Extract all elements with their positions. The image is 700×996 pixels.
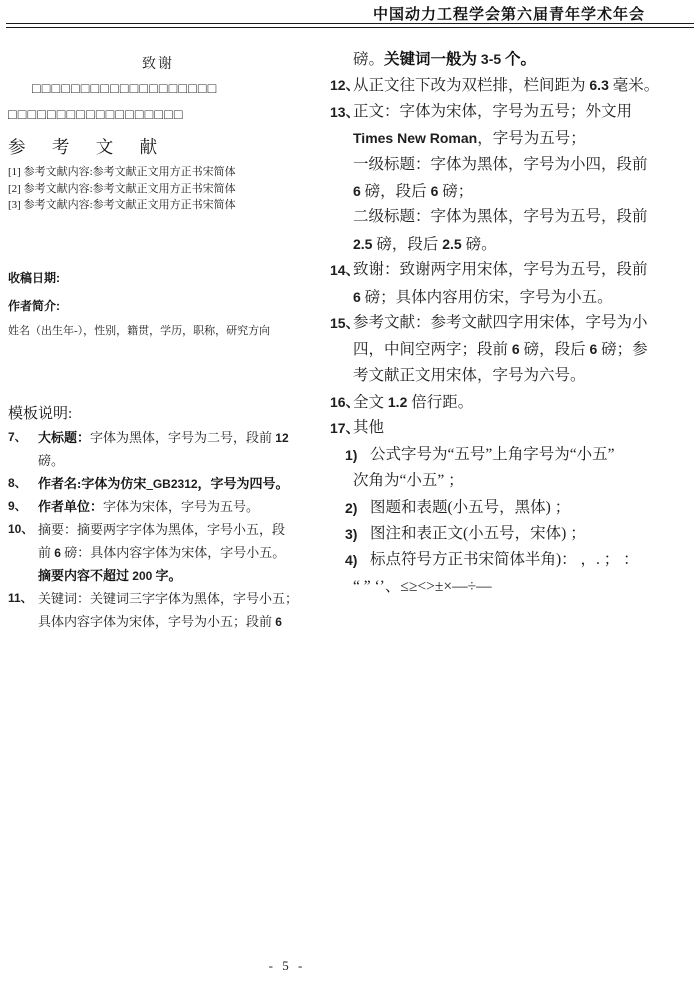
text-segment: 磅：具体内容字体为宋体，字号小五。 <box>61 545 285 560</box>
text-line: 12、从正文往下改为双栏排，栏间距为 6.3 毫米。 <box>330 72 694 98</box>
text-line: 6 磅，段后 6 磅； <box>330 178 694 204</box>
text-line: 1)公式字号为“五号”上角字号为“小五” <box>330 442 694 468</box>
reference-item: [1] 参考文献内容:参考文献正文用方正书宋简体 <box>8 164 322 181</box>
text-segment: 考文献正文用宋体，字号为六号。 <box>353 367 586 384</box>
text-segment: 3-5 <box>481 51 501 67</box>
text-segment: 2.5 <box>442 236 461 252</box>
text-line: 16、全文 1.2 倍行距。 <box>330 389 694 415</box>
text-segment: 次角为“小五” ； <box>353 472 464 489</box>
right-column: 磅。关键词一般为 3-5 个。12、从正文往下改为双栏排，栏间距为 6.3 毫米… <box>330 50 694 650</box>
text-segment: 6 <box>353 289 361 305</box>
reference-item: [2] 参考文献内容:参考文献正文用方正书宋简体 <box>8 181 322 198</box>
text-line: 摘要内容不超过 200 字。 <box>8 564 322 587</box>
text-line: 9、作者单位：字体为宋体，字号为五号。 <box>8 495 322 518</box>
template-notes-list-right: 磅。关键词一般为 3-5 个。12、从正文往下改为双栏排，栏间距为 6.3 毫米… <box>330 46 694 600</box>
text-line: 考文献正文用宋体，字号为六号。 <box>330 363 694 389</box>
text-segment: 正文：字体为宋体，字号为五号；外文用 <box>353 103 632 120</box>
text-segment: 1.2 <box>388 394 407 410</box>
text-segment: 图题和表题(小五号，黑体) ； <box>370 499 570 516</box>
text-segment: 二级标题：字体为黑体，字号为五号，段前 <box>353 208 648 225</box>
text-segment: 一级标题：字体为黑体，字号为小四，段前 <box>353 156 648 173</box>
text-segment: 作者单位： <box>38 499 103 514</box>
text-segment: 个。 <box>501 51 536 68</box>
text-segment: 具体内容字体为宋体，字号为小五；段前 <box>38 614 275 629</box>
reference-list: [1] 参考文献内容:参考文献正文用方正书宋简体 [2] 参考文献内容:参考文献… <box>8 164 322 214</box>
line-number: 12、 <box>330 72 360 98</box>
references-heading: 参 考 文 献 <box>8 134 163 159</box>
text-line: 四，中间空两字；段前 6 磅，段后 6 磅；参 <box>330 336 694 362</box>
line-number: 3) <box>345 521 357 547</box>
line-number: 4) <box>345 547 357 573</box>
text-segment: 作者名:字体为仿宋_ <box>38 476 153 491</box>
text-segment: 磅，段后 <box>361 183 431 200</box>
line-number: 13、 <box>330 99 360 125</box>
text-segment: 前 <box>38 545 54 560</box>
text-segment: GB2312 <box>153 477 198 491</box>
line-number: 8、 <box>8 472 27 495</box>
template-notes-list-left: 7、大标题：字体为黑体，字号为二号，段前 12磅。8、作者名:字体为仿宋_GB2… <box>8 426 322 633</box>
text-segment: 6 <box>512 341 520 357</box>
text-segment: 关键词一般为 <box>384 51 481 68</box>
header-title: 中国动力工程学会第六届青年学术年会 <box>0 3 645 23</box>
text-segment: 大标题： <box>38 430 90 445</box>
text-segment: 磅； <box>438 183 473 200</box>
author-bio-text: 姓名（出生年-），性别，籍贯，学历，职称，研究方向 <box>8 322 322 338</box>
line-number: 15、 <box>330 310 360 336</box>
received-date-label: 收稿日期: <box>8 269 60 286</box>
text-segment: 磅。 <box>353 51 384 68</box>
text-line: 磅。 <box>8 449 322 472</box>
text-segment: 12 <box>275 431 288 445</box>
document-page: 中国动力工程学会第六届青年学术年会 致谢 □□□□□□□□□□□□□□□□□□□… <box>0 0 700 996</box>
text-segment: 字。 <box>152 568 181 583</box>
acknowledgement-heading: 致谢 <box>8 53 308 73</box>
text-segment: 6 <box>275 615 282 629</box>
text-segment: 参考文献：参考文献四字用宋体，字号为小 <box>353 314 648 331</box>
text-segment: 2.5 <box>353 236 372 252</box>
text-line: 前 6 磅：具体内容字体为宋体，字号小五。 <box>8 541 322 564</box>
text-line: 3)图注和表正文(小五号，宋体) ； <box>330 521 694 547</box>
text-line: 一级标题：字体为黑体，字号为小四，段前 <box>330 152 694 178</box>
text-line: 8、作者名:字体为仿宋_GB2312，字号为四号。 <box>8 472 322 495</box>
line-number: 10、 <box>8 518 33 541</box>
page-number: - 5 - <box>243 958 331 974</box>
line-number: 2) <box>345 495 357 521</box>
line-number: 7、 <box>8 426 27 449</box>
text-line: 11、关键词：关键词三字字体为黑体，字号小五； <box>8 587 322 610</box>
text-segment: 200 <box>132 569 152 583</box>
text-line: 4)标点符号方正书宋简体半角)： ，. ； ： <box>330 547 694 573</box>
acknowledgement-placeholder: □□□□□□□□□□□□□□□□□□□ □□□□□□□□□□□□□□□□□□ <box>8 76 322 128</box>
placeholder-boxes-line2: □□□□□□□□□□□□□□□□□□ <box>8 102 322 128</box>
placeholder-boxes-line1: □□□□□□□□□□□□□□□□□□□ <box>8 76 322 102</box>
text-segment: 磅，段后 <box>520 341 590 358</box>
text-segment: 6 <box>353 183 361 199</box>
line-number: 16、 <box>330 389 360 415</box>
text-line: 13、正文：字体为宋体，字号为五号；外文用 <box>330 99 694 125</box>
text-segment: 从正文往下改为双栏排，栏间距为 <box>353 77 589 94</box>
text-segment: 磅。 <box>38 453 64 468</box>
text-segment: 摘要：摘要两字字体为黑体，字号小五，段 <box>38 522 285 537</box>
header-double-rule <box>6 23 694 28</box>
text-line: 次角为“小五” ； <box>330 468 694 494</box>
text-line: 6 磅；具体内容用仿宋，字号为小五。 <box>330 284 694 310</box>
author-bio-label: 作者简介: <box>8 297 60 314</box>
text-line: 7、大标题：字体为黑体，字号为二号，段前 12 <box>8 426 322 449</box>
text-segment: ，字号为四号。 <box>198 476 289 491</box>
text-segment: 倍行距。 <box>407 394 473 411</box>
text-line: 15、参考文献：参考文献四字用宋体，字号为小 <box>330 310 694 336</box>
text-segment: 标点符号方正书宋简体半角)： ，. ； ： <box>370 551 639 568</box>
text-segment: 磅；具体内容用仿宋，字号为小五。 <box>361 289 613 306</box>
line-number: 14、 <box>330 257 360 283</box>
template-notes-heading: 模板说明: <box>8 402 72 423</box>
line-number: 17、 <box>330 415 360 441</box>
text-line: 17、其他 <box>330 415 694 441</box>
line-number: 9、 <box>8 495 27 518</box>
text-segment: 关键词：关键词三字字体为黑体，字号小五； <box>38 591 298 606</box>
text-line: “ ” ‘’、≤≥<>±×—÷— <box>330 574 694 600</box>
text-line: 磅。关键词一般为 3-5 个。 <box>330 46 694 72</box>
text-segment: 图注和表正文(小五号，宋体) ； <box>370 525 586 542</box>
text-segment: 致谢：致谢两字用宋体，字号为五号，段前 <box>353 261 648 278</box>
text-segment: 6.3 <box>589 77 608 93</box>
text-segment: 摘要内容不超过 <box>38 568 132 583</box>
text-segment: 磅，段后 <box>372 236 442 253</box>
text-segment: 毫米。 <box>609 77 659 94</box>
line-number: 11、 <box>8 587 33 610</box>
text-line: 2)图题和表题(小五号，黑体) ； <box>330 495 694 521</box>
text-segment: 四，中间空两字；段前 <box>353 341 512 358</box>
text-line: 10、摘要：摘要两字字体为黑体，字号小五，段 <box>8 518 322 541</box>
text-segment: Times New Roman <box>353 130 477 146</box>
text-segment: “ ” ‘’、≤≥<>±×—÷— <box>353 578 492 595</box>
text-line: 14、致谢：致谢两字用宋体，字号为五号，段前 <box>330 257 694 283</box>
line-number: 1) <box>345 442 357 468</box>
text-segment: 字体为宋体，字号为五号。 <box>103 499 259 514</box>
text-segment: 6 <box>54 546 61 560</box>
text-segment: 磅；参 <box>597 341 647 358</box>
text-segment: 公式字号为“五号”上角字号为“小五” <box>370 446 615 463</box>
text-line: Times New Roman，字号为五号； <box>330 125 694 151</box>
text-line: 二级标题：字体为黑体，字号为五号，段前 <box>330 204 694 230</box>
text-segment: 磅。 <box>462 236 497 253</box>
reference-item: [3] 参考文献内容:参考文献正文用方正书宋简体 <box>8 197 322 214</box>
text-segment: 字体为黑体，字号为二号，段前 <box>90 430 275 445</box>
text-line: 具体内容字体为宋体，字号为小五；段前 6 <box>8 610 322 633</box>
text-segment: ，字号为五号； <box>477 130 586 147</box>
text-line: 2.5 磅，段后 2.5 磅。 <box>330 231 694 257</box>
left-column: 致谢 □□□□□□□□□□□□□□□□□□□ □□□□□□□□□□□□□□□□□… <box>8 50 322 650</box>
